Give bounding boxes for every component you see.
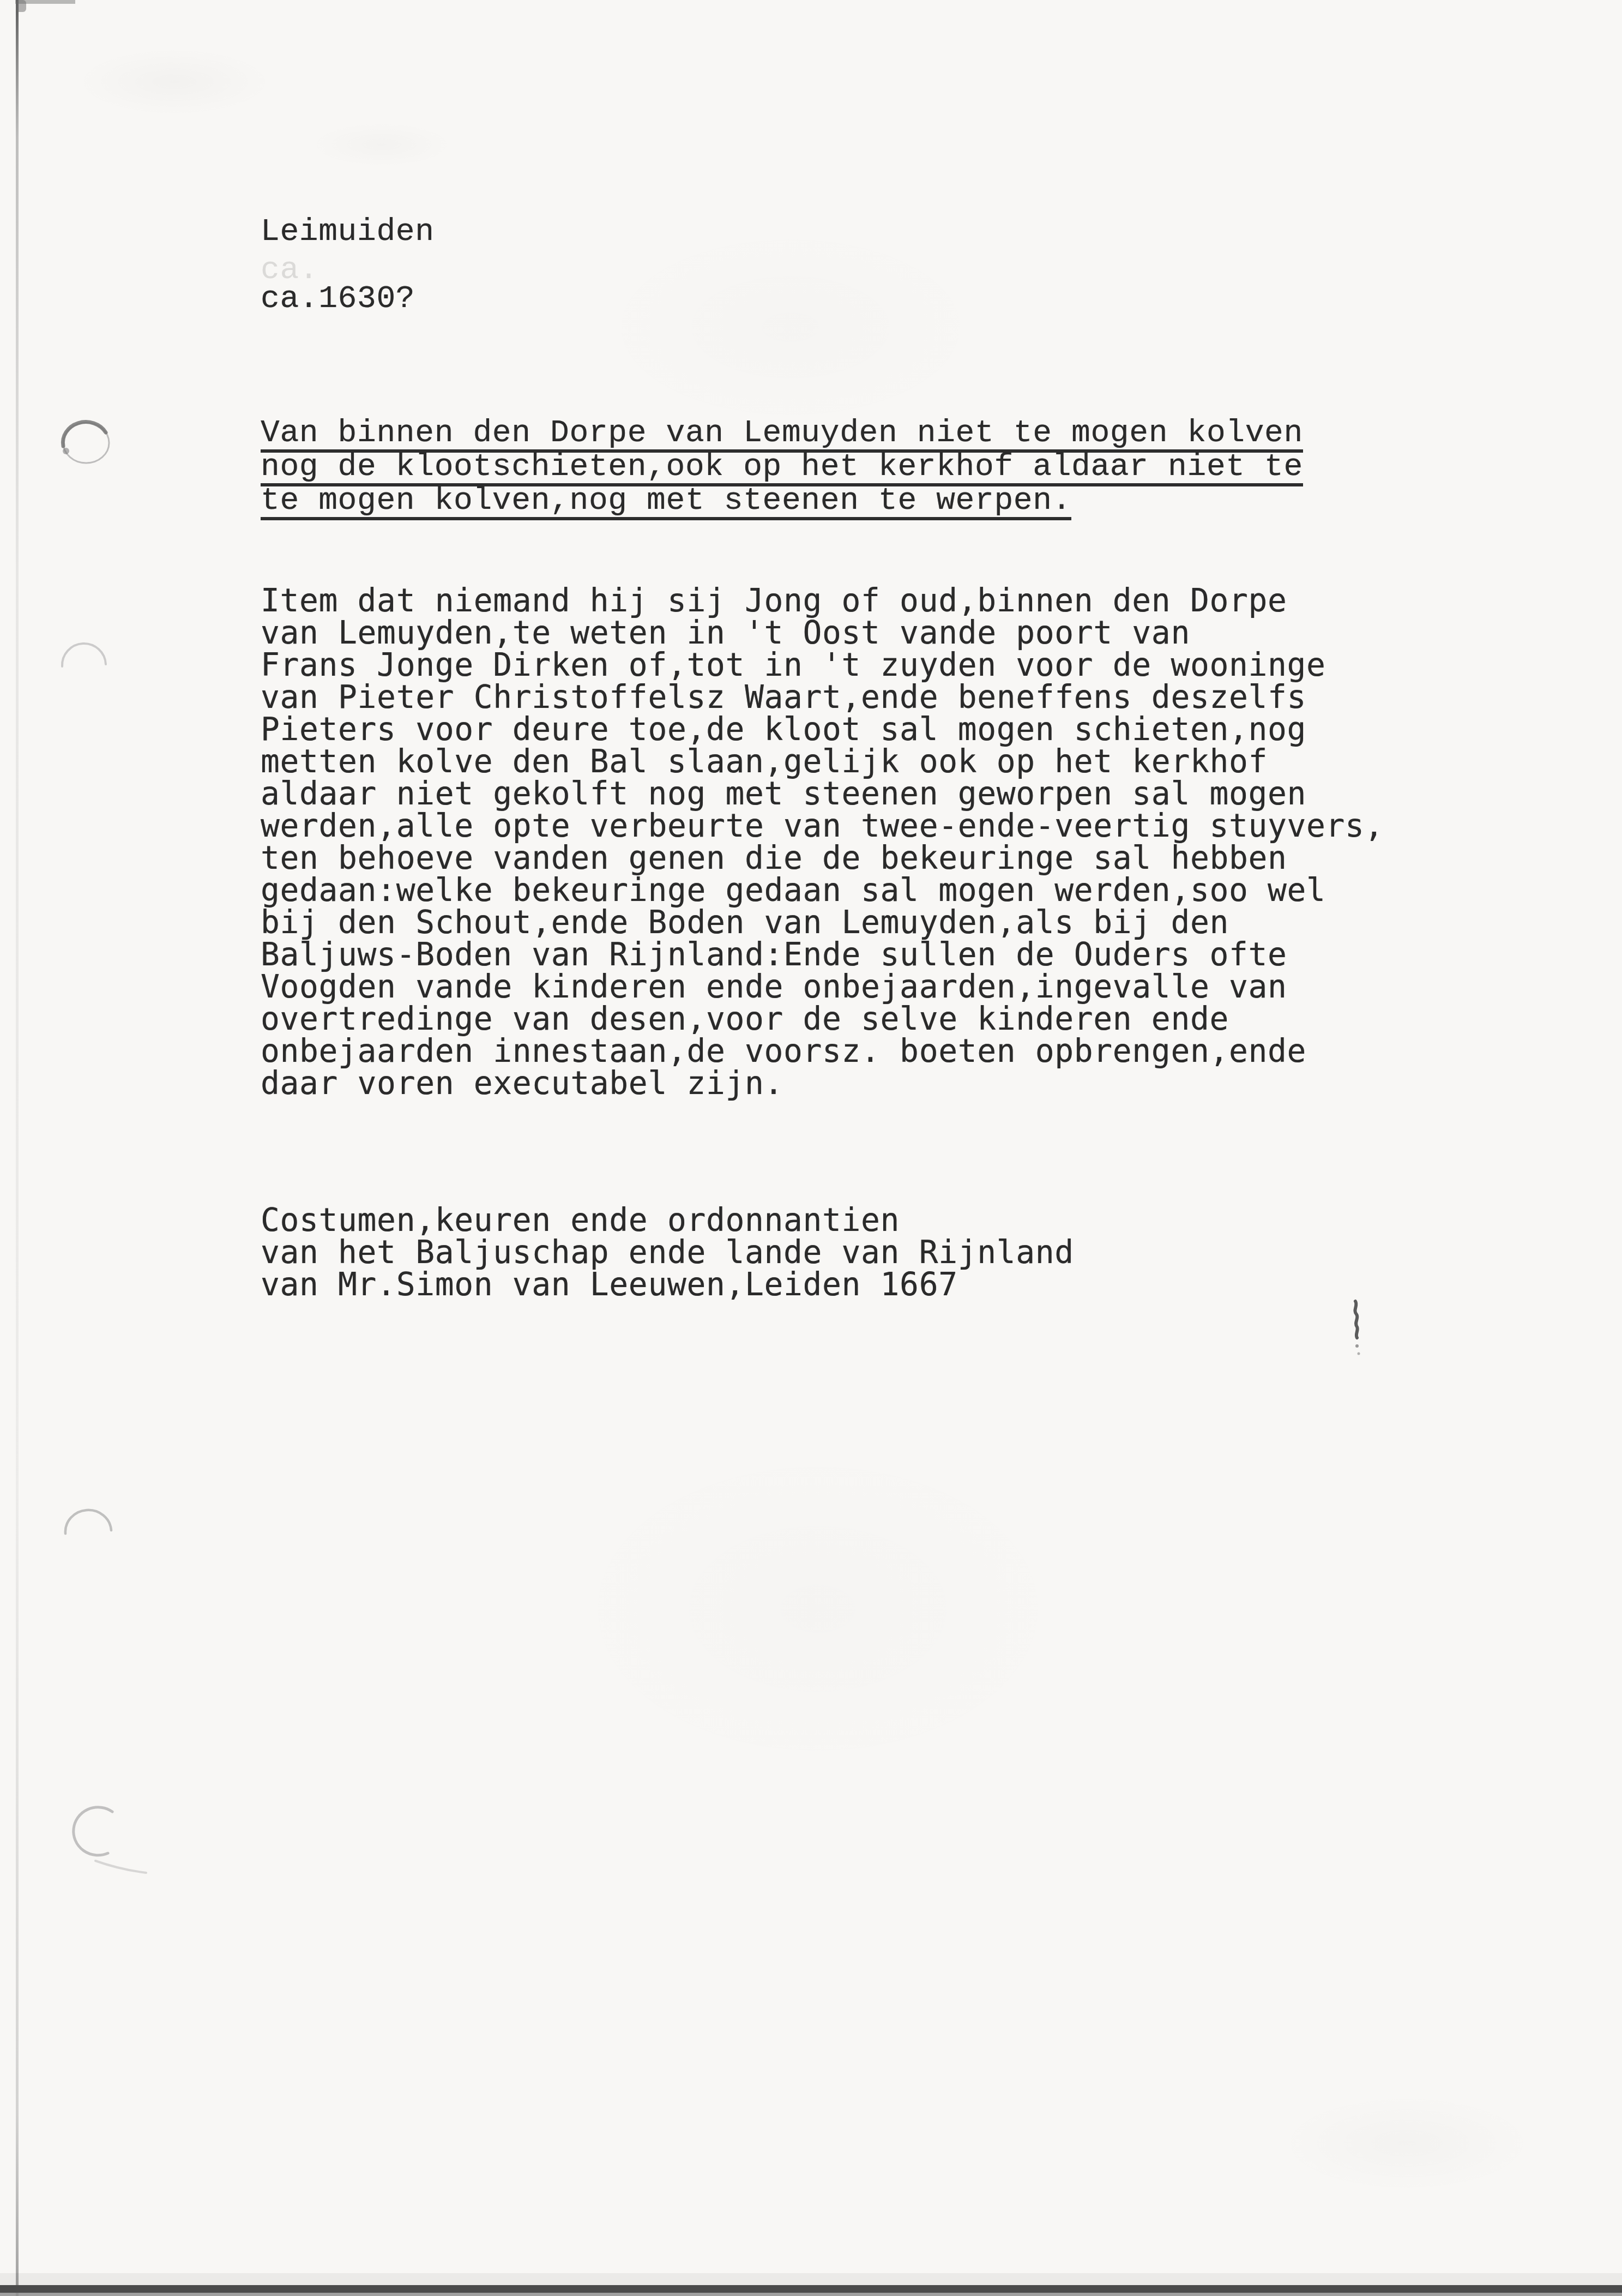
bottom-page-edge-light — [0, 2293, 1622, 2296]
title-line: nog de klootschieten,ook op het kerkhof … — [261, 449, 1303, 483]
hole-punch-ring-1-spot — [63, 448, 69, 454]
location-heading: Leimuiden — [261, 216, 435, 248]
title-line-1: Van binnen den Dorpe van Lemuyden niet t… — [261, 417, 1303, 453]
underlined-title: Van binnen den Dorpe van Lemuyden niet t… — [261, 416, 1303, 517]
title-line-3: te mogen kolven,nog met steenen te werpe… — [261, 485, 1071, 520]
date-note: ca.1630? — [261, 283, 415, 315]
hole-punch-arc-3 — [65, 1510, 111, 1534]
top-edge-smudge — [15, 0, 75, 4]
hole-punch-ring-1 — [63, 423, 109, 463]
hole-punch-arc-4-smudge — [95, 1861, 146, 1873]
title-line: Van binnen den Dorpe van Lemuyden niet t… — [261, 416, 1303, 449]
title-line: te mogen kolven,nog met steenen te werpe… — [261, 483, 1303, 517]
hole-punch-ring-1-shadow — [63, 422, 106, 446]
body-paragraph: Item dat niemand hij sij Jong of oud,bin… — [261, 585, 1384, 1099]
hole-punch-arc-4 — [74, 1807, 112, 1855]
scan-artifacts — [0, 0, 1622, 2296]
ink-smudge-mark — [1355, 1301, 1360, 1355]
hole-punch-arc-2 — [62, 644, 106, 666]
top-left-corner-blob — [16, 0, 26, 12]
scanned-document-page: Leimuiden ca. ca.1630? Van binnen den Do… — [0, 0, 1622, 2296]
title-line-2: nog de klootschieten,ook op het kerkhof … — [261, 451, 1303, 486]
source-citation: Costumen,keuren ende ordonnantien van he… — [261, 1204, 1074, 1301]
bottom-edge-shadow — [0, 2273, 1622, 2286]
hole-punch-marks — [62, 422, 146, 1873]
left-page-edge-line — [16, 0, 19, 2296]
bottom-page-edge-dark — [0, 2285, 1622, 2293]
